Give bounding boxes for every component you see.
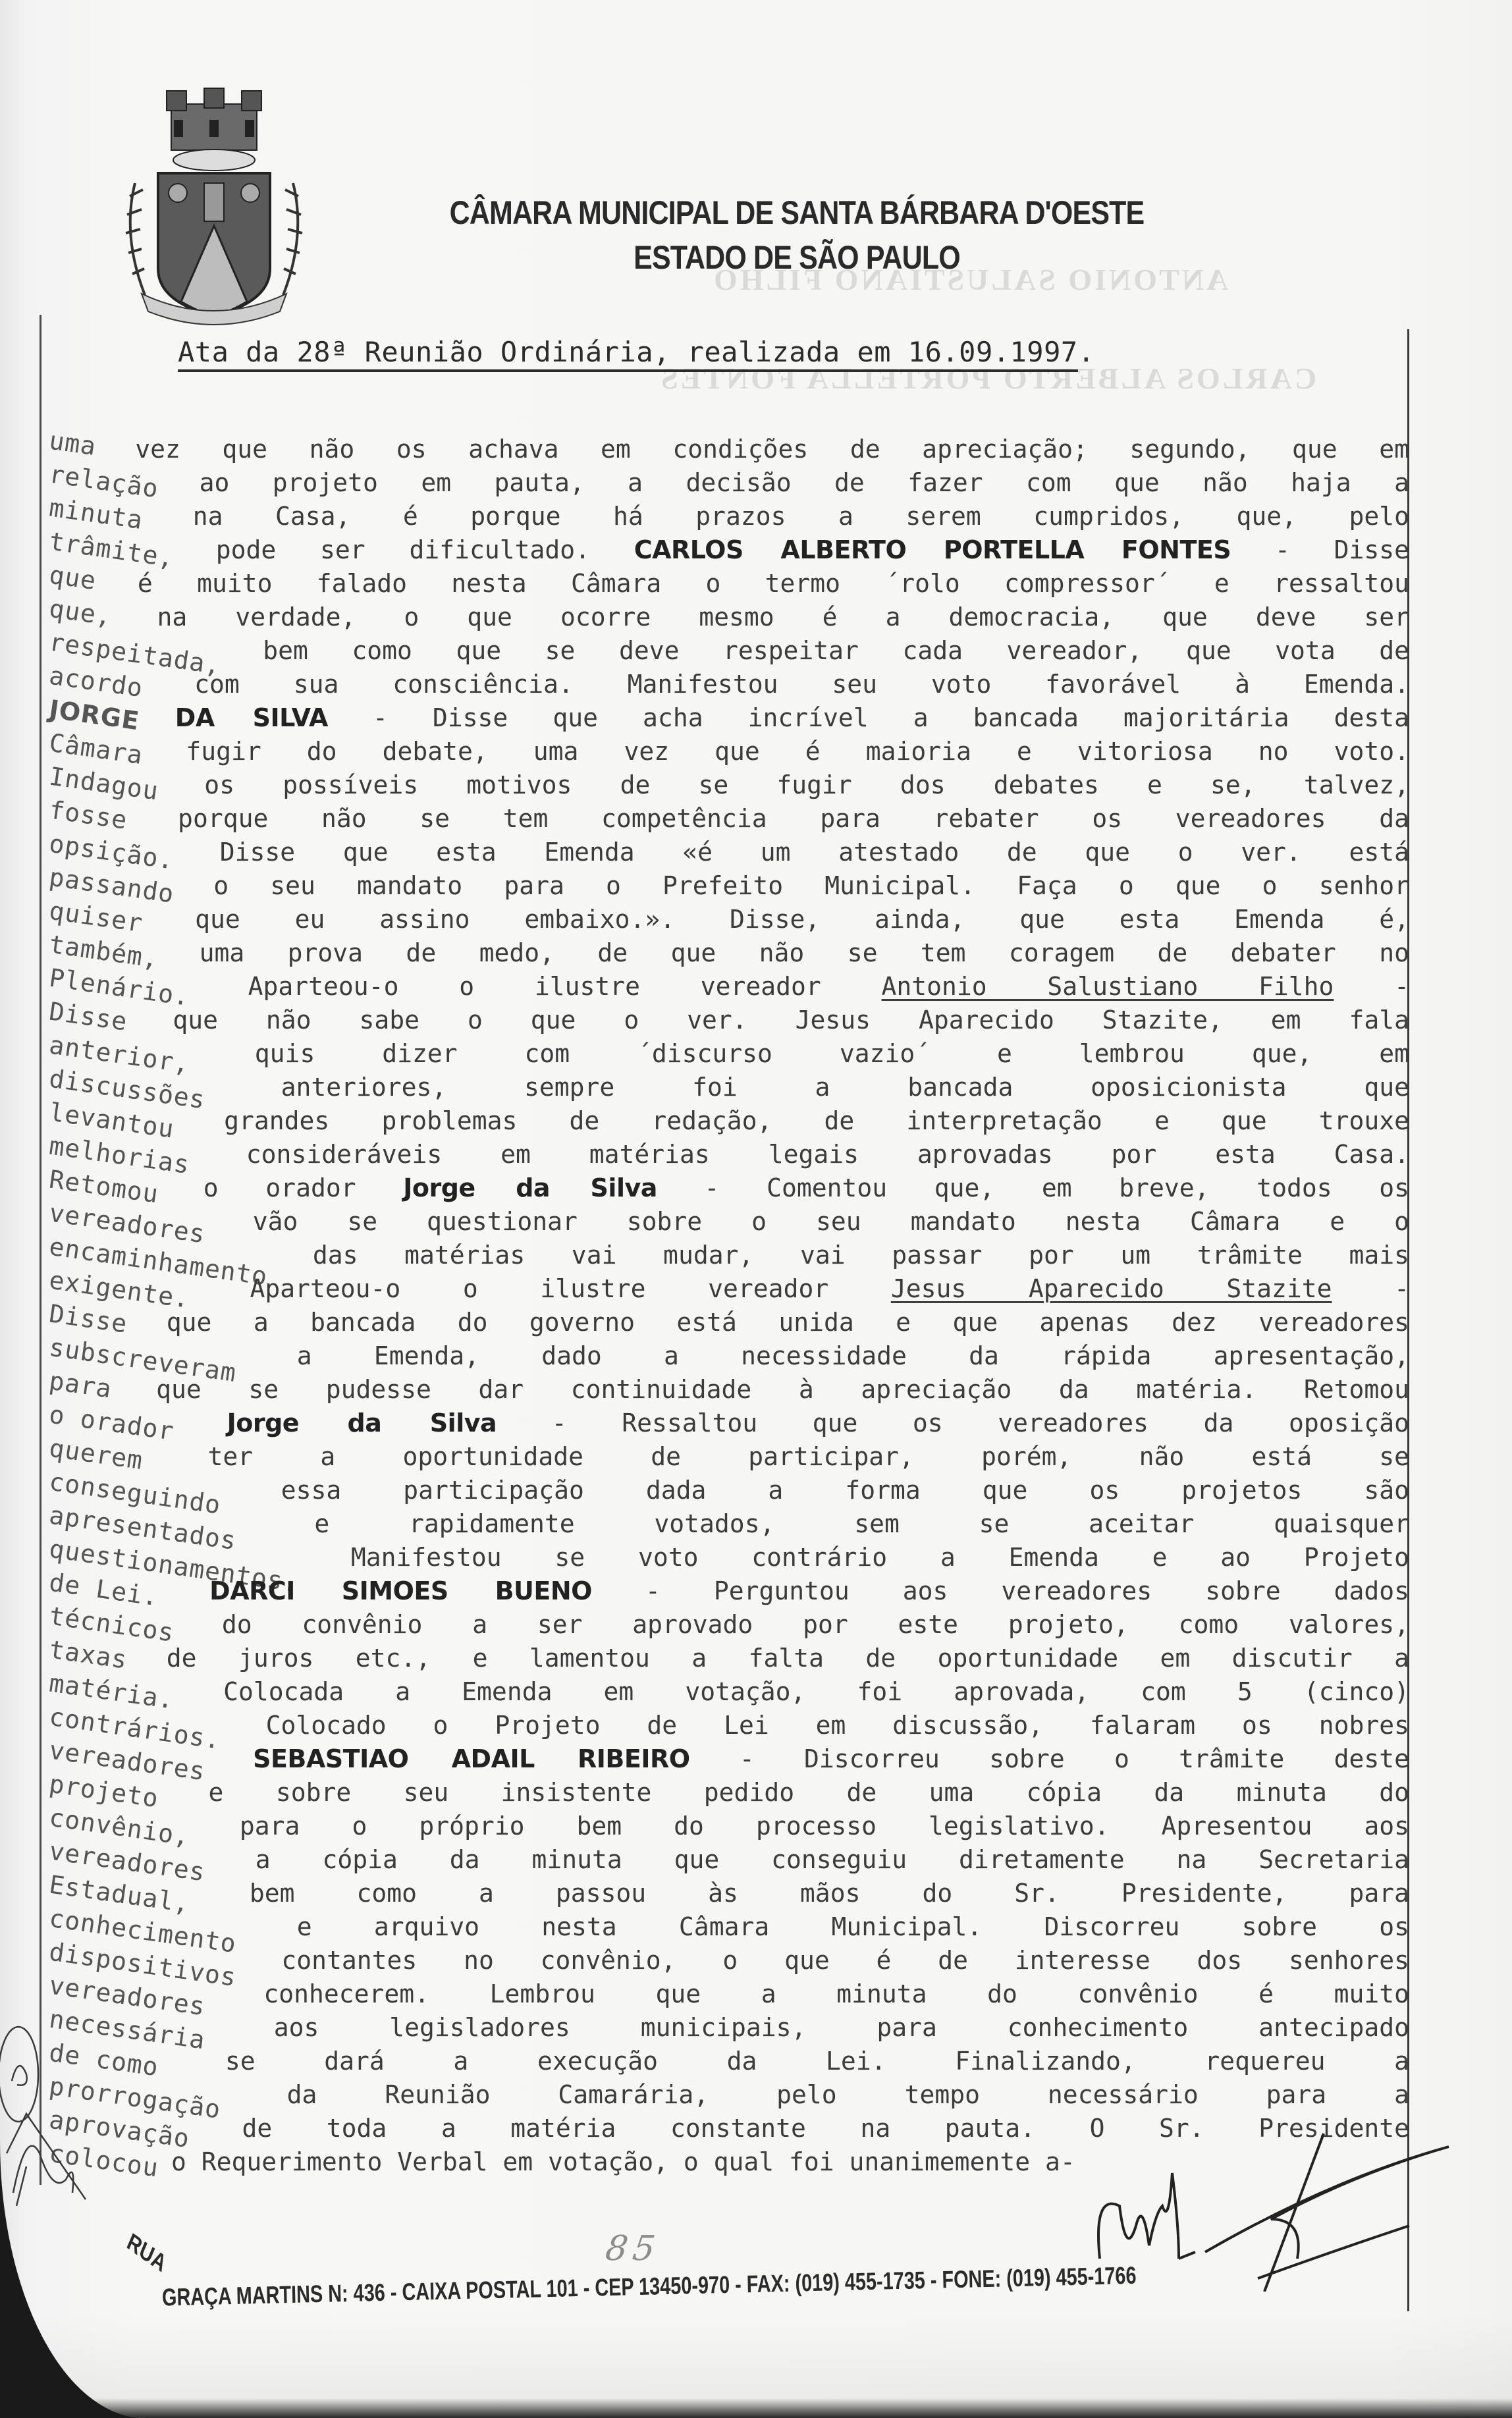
line-text: a cópia da minuta que conseguiu diretame…: [203, 1845, 1409, 1874]
page-number: 85: [603, 2229, 663, 2269]
text-line: conhecimento e arquivo nesta Câmara Muni…: [46, 1912, 1409, 1946]
document-title: Ata da 28ª Reunião Ordinária, realizada …: [178, 336, 1094, 368]
line-text: Colocado o Projeto de Lei em discussão, …: [219, 1711, 1409, 1740]
text-line: passando o seu mandato para o Prefeito M…: [46, 871, 1409, 905]
text-line: opsição. Disse que esta Emenda «é um ate…: [46, 838, 1409, 871]
text-line: Disse que a bancada do governo está unid…: [46, 1308, 1409, 1341]
text-line: subscreveram a Emenda, dado a necessidad…: [46, 1341, 1409, 1375]
line-text: essa participação dada a forma que os pr…: [219, 1476, 1409, 1505]
organization-name: CÂMARA MUNICIPAL DE SANTA BÁRBARA D'OEST…: [429, 191, 1165, 234]
speaker-name: CARLOS ALBERTO PORTELLA FONTES: [634, 535, 1231, 564]
title-period: .: [1078, 336, 1095, 368]
speaker-name: DA SILVA: [137, 703, 328, 732]
line-text: Aparteou-o o ilustre vereador: [188, 972, 882, 1001]
line-text: ao projeto em pauta, a decisão de fazer …: [156, 468, 1409, 497]
line-text: pode ser dificultado.: [172, 535, 634, 564]
text-line: vereadores SEBASTIAO ADAIL RIBEIRO - Dis…: [46, 1744, 1409, 1778]
line-text: porque não se tem competência para rebat…: [124, 804, 1409, 833]
speaker-name: DARCI SIMOES BUENO: [209, 1576, 592, 1605]
text-line: encaminhamento das matérias vai mudar, v…: [46, 1241, 1409, 1274]
line-lead-word: uma: [47, 426, 98, 462]
line-text: o orador: [156, 1173, 403, 1202]
line-text: o seu mandato para o Prefeito Municipal.…: [172, 871, 1409, 900]
text-line: exigente. Aparteou-o o ilustre vereador …: [46, 1274, 1409, 1308]
text-line: questionamentos. Manifestou se voto cont…: [46, 1543, 1409, 1576]
line-text: Manifestou se voto contrário a Emenda e …: [298, 1543, 1409, 1572]
line-text: das matérias vai mudar, vai passar por u…: [266, 1241, 1409, 1270]
line-text: que eu assino embaixo.». Disse, ainda, q…: [140, 905, 1409, 934]
text-line: respeitada, bem como que se deve respeit…: [46, 636, 1409, 670]
minutes-body: uma vez que não os achava em condições d…: [46, 435, 1409, 2181]
line-lead-word: que: [47, 560, 98, 596]
line-text: grandes problemas de redação, de interpr…: [172, 1106, 1409, 1135]
text-line: discussões anteriores, sempre foi a banc…: [46, 1073, 1409, 1106]
bleed-through-text: ANTONIO SALUSTIANO FILHO: [711, 262, 1228, 297]
line-text: de toda a matéria constante na pauta. O …: [188, 2114, 1409, 2143]
line-text: com sua consciência. Manifestou seu voto…: [140, 670, 1409, 699]
text-line: Disse que não sabe o que o ver. Jesus Ap…: [46, 1006, 1409, 1039]
line-text: anteriores, sempre foi a bancada oposici…: [203, 1073, 1409, 1102]
aparte-speaker-name: Antonio Salustiano Filho: [882, 972, 1334, 1001]
line-text: na verdade, o que ocorre mesmo é a democ…: [109, 603, 1409, 631]
line-text: - Comentou que, em breve, todos os: [657, 1173, 1409, 1202]
line-text: ter a oportunidade de participar, porém,…: [140, 1442, 1409, 1471]
line-text: - Ressaltou que os vereadores da oposiçã…: [497, 1409, 1409, 1437]
text-line: matéria. Colocada a Emenda em votação, f…: [46, 1677, 1409, 1711]
line-text: contantes no convênio, o que é de intere…: [235, 1946, 1409, 1975]
line-text: bem como a passou às mãos do Sr. Preside…: [188, 1879, 1409, 1908]
text-line: que é muito falado nesta Câmara o termo …: [46, 569, 1409, 603]
text-line: prorrogação da Reunião Camarária, pelo t…: [46, 2080, 1409, 2114]
text-line: JORGE DA SILVA - Disse que acha incrível…: [46, 703, 1409, 737]
line-text: vez que não os achava em condições de ap…: [94, 435, 1409, 464]
text-line: fosse porque não se tem competência para…: [46, 804, 1409, 838]
line-text: [203, 1744, 253, 1773]
line-text: quis dizer com ´discurso vazio´ e lembro…: [188, 1039, 1409, 1068]
line-text: uma prova de medo, de que não se tem cor…: [156, 938, 1409, 967]
text-line: anterior, quis dizer com ´discurso vazio…: [46, 1039, 1409, 1073]
line-text: que não sabe o que o ver. Jesus Aparecid…: [124, 1006, 1409, 1034]
line-text: [172, 1409, 227, 1437]
line-text: conhecerem. Lembrou que a minuta do conv…: [203, 1979, 1409, 2008]
text-line: levantou grandes problemas de redação, d…: [46, 1106, 1409, 1140]
line-text: da Reunião Camarária, pelo tempo necessá…: [219, 2080, 1409, 2109]
text-line: minuta na Casa, é porque há prazos a ser…: [46, 502, 1409, 535]
text-line: Estadual, bem como a passou às mãos do S…: [46, 1879, 1409, 1912]
line-text: é muito falado nesta Câmara o termo ´rol…: [94, 569, 1409, 598]
text-line: Câmara fugir do debate, uma vez que é ma…: [46, 737, 1409, 770]
line-text: e rapidamente votados, sem se aceitar qu…: [235, 1509, 1409, 1538]
text-line: Plenário. Aparteou-o o ilustre vereador …: [46, 972, 1409, 1006]
line-text: os possíveis motivos de se fugir dos deb…: [156, 770, 1409, 799]
text-line: acordo com sua consciência. Manifestou s…: [46, 670, 1409, 703]
text-line: aprovação de toda a matéria constante na…: [46, 2114, 1409, 2147]
line-text: que a bancada do governo está unida e qu…: [124, 1308, 1409, 1337]
text-line: convênio, para o próprio bem do processo…: [46, 1812, 1409, 1845]
line-text: e sobre seu insistente pedido de uma cóp…: [156, 1778, 1409, 1807]
text-line: relação ao projeto em pauta, a decisão d…: [46, 468, 1409, 502]
line-text: - Discorreu sobre o trâmite deste: [690, 1744, 1409, 1773]
line-text: [156, 1576, 209, 1605]
speaker-name: Jorge da Silva: [227, 1409, 497, 1437]
text-line: quiser que eu assino embaixo.». Disse, a…: [46, 905, 1409, 938]
text-line: dispositivos contantes no convênio, o qu…: [46, 1946, 1409, 1979]
footer-address-text: GRAÇA MARTINS N: 436 - CAIXA POSTAL 101 …: [157, 2262, 1137, 2311]
text-line: necessária aos legisladores municipais, …: [46, 2013, 1409, 2047]
text-line: vereadores a cópia da minuta que consegu…: [46, 1845, 1409, 1879]
line-text: a Emenda, dado a necessidade da rápida a…: [235, 1341, 1409, 1370]
line-text: Disse que esta Emenda «é um atestado de …: [172, 838, 1409, 867]
text-line: de Lei. DARCI SIMOES BUENO - Perguntou a…: [46, 1576, 1409, 1610]
line-text: -: [1334, 972, 1409, 1001]
text-line: taxas de juros etc., e lamentou a falta …: [46, 1644, 1409, 1677]
text-line: o orador Jorge da Silva - Ressaltou que …: [46, 1409, 1409, 1442]
text-line: Retomou o orador Jorge da Silva - Coment…: [46, 1173, 1409, 1207]
municipal-coat-of-arms-icon: [109, 84, 319, 328]
text-line: que, na verdade, o que ocorre mesmo é a …: [46, 603, 1409, 636]
text-line: contrários. Colocado o Projeto de Lei em…: [46, 1711, 1409, 1744]
text-line: para que se pudesse dar continuidade à a…: [46, 1375, 1409, 1409]
text-line: uma vez que não os achava em condições d…: [46, 435, 1409, 468]
line-text: se dará a execução da Lei. Finalizando, …: [156, 2047, 1409, 2076]
line-text: do convênio a ser aprovado por este proj…: [172, 1610, 1409, 1639]
line-text: Colocada a Emenda em votação, foi aprova…: [172, 1677, 1409, 1706]
line-text: para o próprio bem do processo legislati…: [188, 1812, 1409, 1840]
text-line: vereadores vão se questionar sobre o seu…: [46, 1207, 1409, 1241]
scan-shadow: [0, 2398, 1512, 2418]
speaker-name: Jorge da Silva: [403, 1173, 657, 1202]
text-line: melhorias consideráveis em matérias lega…: [46, 1140, 1409, 1173]
line-text: e arquivo nesta Câmara Municipal. Discor…: [235, 1912, 1409, 1941]
text-line: trâmite, pode ser dificultado. CARLOS AL…: [46, 535, 1409, 569]
line-text: -: [1332, 1274, 1410, 1303]
line-text: consideráveis em matérias legais aprovad…: [188, 1140, 1409, 1169]
text-line: apresentados e rapidamente votados, sem …: [46, 1509, 1409, 1543]
line-text: vão se questionar sobre o seu mandato ne…: [203, 1207, 1409, 1236]
footer-street-prefix: RUA: [123, 2228, 170, 2278]
line-text: o Requerimento Verbal em votação, o qual…: [156, 2147, 1075, 2176]
text-line: Indagou os possíveis motivos de se fugir…: [46, 770, 1409, 804]
aparte-speaker-name: Jesus Aparecido Stazite: [891, 1274, 1332, 1303]
left-frame-rule: [40, 315, 41, 2185]
line-text: de juros etc., e lamentou a falta de opo…: [124, 1644, 1409, 1673]
line-text: fugir do debate, uma vez que é maioria e…: [140, 737, 1409, 766]
line-text: aos legisladores municipais, para conhec…: [203, 2013, 1409, 2042]
line-text: - Disse que acha incrível a bancada majo…: [328, 703, 1409, 732]
text-line: querem ter a oportunidade de participar,…: [46, 1442, 1409, 1476]
speaker-name: SEBASTIAO ADAIL RIBEIRO: [253, 1744, 689, 1773]
text-line: vereadores conhecerem. Lembrou que a min…: [46, 1979, 1409, 2013]
text-line: também, uma prova de medo, de que não se…: [46, 938, 1409, 972]
line-text: - Disse: [1231, 535, 1409, 564]
footer-address: RUA GRAÇA MARTINS N: 436 - CAIXA POSTAL …: [115, 2262, 1137, 2313]
text-line: colocou o Requerimento Verbal em votação…: [46, 2147, 1409, 2181]
text-line: técnicos do convênio a ser aprovado por …: [46, 1610, 1409, 1644]
text-line: conseguindo essa participação dada a for…: [46, 1476, 1409, 1509]
line-text: que se pudesse dar continuidade à apreci…: [109, 1375, 1409, 1404]
text-line: projeto e sobre seu insistente pedido de…: [46, 1778, 1409, 1812]
scanned-document-page: CÂMARA MUNICIPAL DE SANTA BÁRBARA D'OEST…: [0, 0, 1512, 2418]
line-text: - Perguntou aos vereadores sobre dados: [592, 1576, 1409, 1605]
line-text: na Casa, é porque há prazos a serem cump…: [140, 502, 1409, 531]
text-line: de como se dará a execução da Lei. Final…: [46, 2047, 1409, 2080]
line-text: bem como que se deve respeitar cada vere…: [219, 636, 1409, 665]
title-text: Ata da 28ª Reunião Ordinária, realizada …: [178, 336, 1078, 372]
line-text: Aparteou-o o ilustre vereador: [188, 1274, 891, 1303]
